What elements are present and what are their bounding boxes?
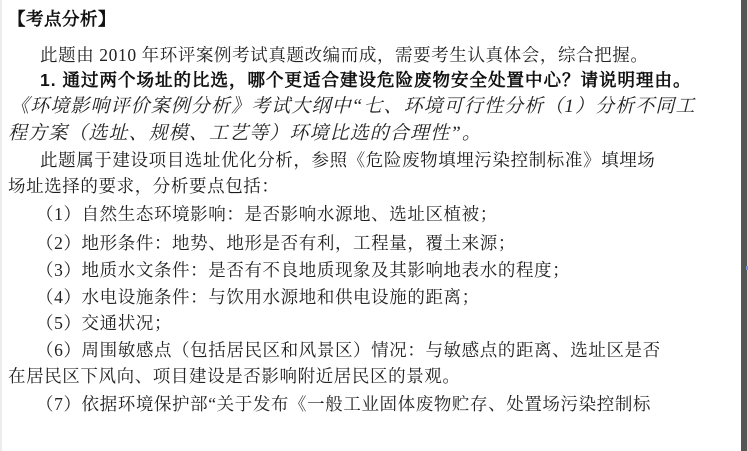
text-line-question: 1. 通过两个场址的比选，哪个更适合建设危险废物安全处置中心？请说明理由。 — [40, 71, 691, 90]
list-item-7: （7）依据环境保护部“关于发布《一般工业固体废物贮存、处置场污染控制标 — [36, 395, 651, 414]
text-line: 此题由 2010 年环评案例考试真题改编而成，需要考生认真体会，综合把握。 — [40, 46, 648, 65]
list-item-5: （5）交通状况； — [36, 314, 172, 333]
list-item-4: （4）水电设施条件：与饮用水源地和供电设施的距离； — [36, 288, 480, 307]
list-item-2: （2）地形条件：地势、地形是否有利，工程量，覆土来源； — [36, 234, 516, 253]
list-item-1: （1）自然生态环境影响：是否影响水源地、选址区植被； — [36, 205, 498, 224]
list-item-6: （6）周围敏感点（包括居民区和风景区）情况：与敏感点的距离、选址区是否 — [36, 341, 661, 360]
text-line-citation: 《环境影响评价案例分析》考试大纲中“七、环境可行性分析（1）分析不同工 — [10, 97, 696, 116]
list-item-3: （3）地质水文条件：是否有不良地质现象及其影响地表水的程度； — [36, 261, 570, 280]
list-item-6-continuation: 在居民区下风向、项目建设是否影响附近居民区的景观。 — [8, 367, 461, 386]
text-line-citation: 程方案（选址、规模、工艺等）环境比选的合理性”。 — [8, 124, 482, 143]
section-heading: 【考点分析】 — [8, 6, 116, 31]
left-edge-strip — [0, 0, 2, 451]
document-page: 【考点分析】 此题由 2010 年环评案例考试真题改编而成，需要考生认真体会，综… — [0, 0, 748, 451]
text-line: 此题属于建设项目选址优化分析，参照《危险废物填埋污染控制标准》填埋场 — [40, 151, 655, 170]
scrollbar-thumb[interactable] — [741, 0, 747, 451]
text-line: 场址选择的要求，分析要点包括： — [8, 177, 280, 196]
